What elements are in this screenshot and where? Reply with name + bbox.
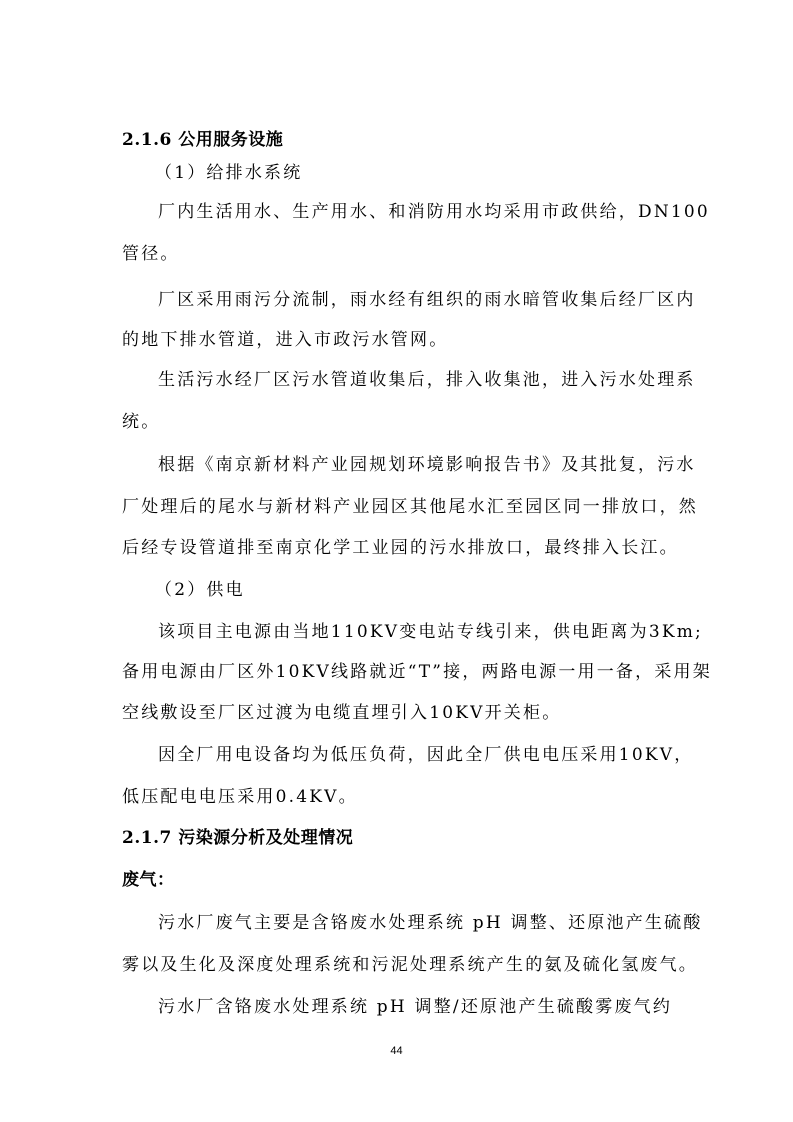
paragraph-waste-gas-line-2: 雾以及生化及深度处理系统和污泥处理系统产生的氨及硫化氢废气。 [122, 955, 674, 975]
paragraph-voltage-line-2: 低压配电电压采用0.4KV。 [122, 787, 674, 807]
paragraph-sewage-line-1: 生活污水经厂区污水管道收集后，排入收集池，进入污水处理系 [158, 370, 674, 390]
paragraph-power-line-3: 空线敷设至厂区过渡为电缆直埋引入10KV开关柜。 [122, 703, 674, 723]
subheading-waste-gas: 废气： [122, 870, 674, 890]
paragraph-drainage-line-1: 厂区采用雨污分流制，雨水经有组织的雨水暗管收集后经厂区内 [158, 290, 674, 310]
subheading-power-supply: （2）供电 [155, 580, 707, 600]
paragraph-waste-gas-line-1: 污水厂废气主要是含铬废水处理系统 pH 调整、还原池产生硫酸 [158, 913, 674, 933]
paragraph-drainage-line-2: 的地下排水管道，进入市政污水管网。 [122, 330, 674, 350]
section-heading-2-1-6: 2.1.6 公用服务设施 [122, 130, 674, 150]
document-page: 2.1.6 公用服务设施 （1）给排水系统 厂内生活用水、生产用水、和消防用水均… [0, 0, 793, 1122]
section-heading-2-1-7: 2.1.7 污染源分析及处理情况 [122, 828, 674, 848]
paragraph-discharge-line-3: 后经专设管道排至南京化学工业园的污水排放口，最终排入长江。 [122, 538, 674, 558]
paragraph-discharge-line-1: 根据《南京新材料产业园规划环境影响报告书》及其批复，污水 [158, 455, 674, 475]
page-number: 44 [0, 1045, 793, 1057]
subheading-water-system: （1）给排水系统 [155, 163, 707, 183]
paragraph-power-line-2: 备用电源由厂区外10KV线路就近“T”接，两路电源一用一备，采用架 [122, 662, 674, 682]
paragraph-discharge-line-2: 厂处理后的尾水与新材料产业园区其他尾水汇至园区同一排放口，然 [122, 497, 674, 517]
paragraph-sewage-line-2: 统。 [122, 412, 674, 432]
text-line: 厂内生活用水、生产用水、和消防用水均采用市政供给，DN100 [158, 202, 674, 222]
paragraph-water-supply-line-2: 管径。 [122, 244, 674, 264]
paragraph-waste-gas-2-line-1: 污水厂含铬废水处理系统 pH 调整/还原池产生硫酸雾废气约 [158, 997, 710, 1017]
paragraph-voltage-line-1: 因全厂用电设备均为低压负荷，因此全厂供电电压采用10KV， [158, 745, 658, 765]
paragraph-power-line-1: 该项目主电源由当地110KV变电站专线引来，供电距离为3Km; [158, 622, 674, 642]
